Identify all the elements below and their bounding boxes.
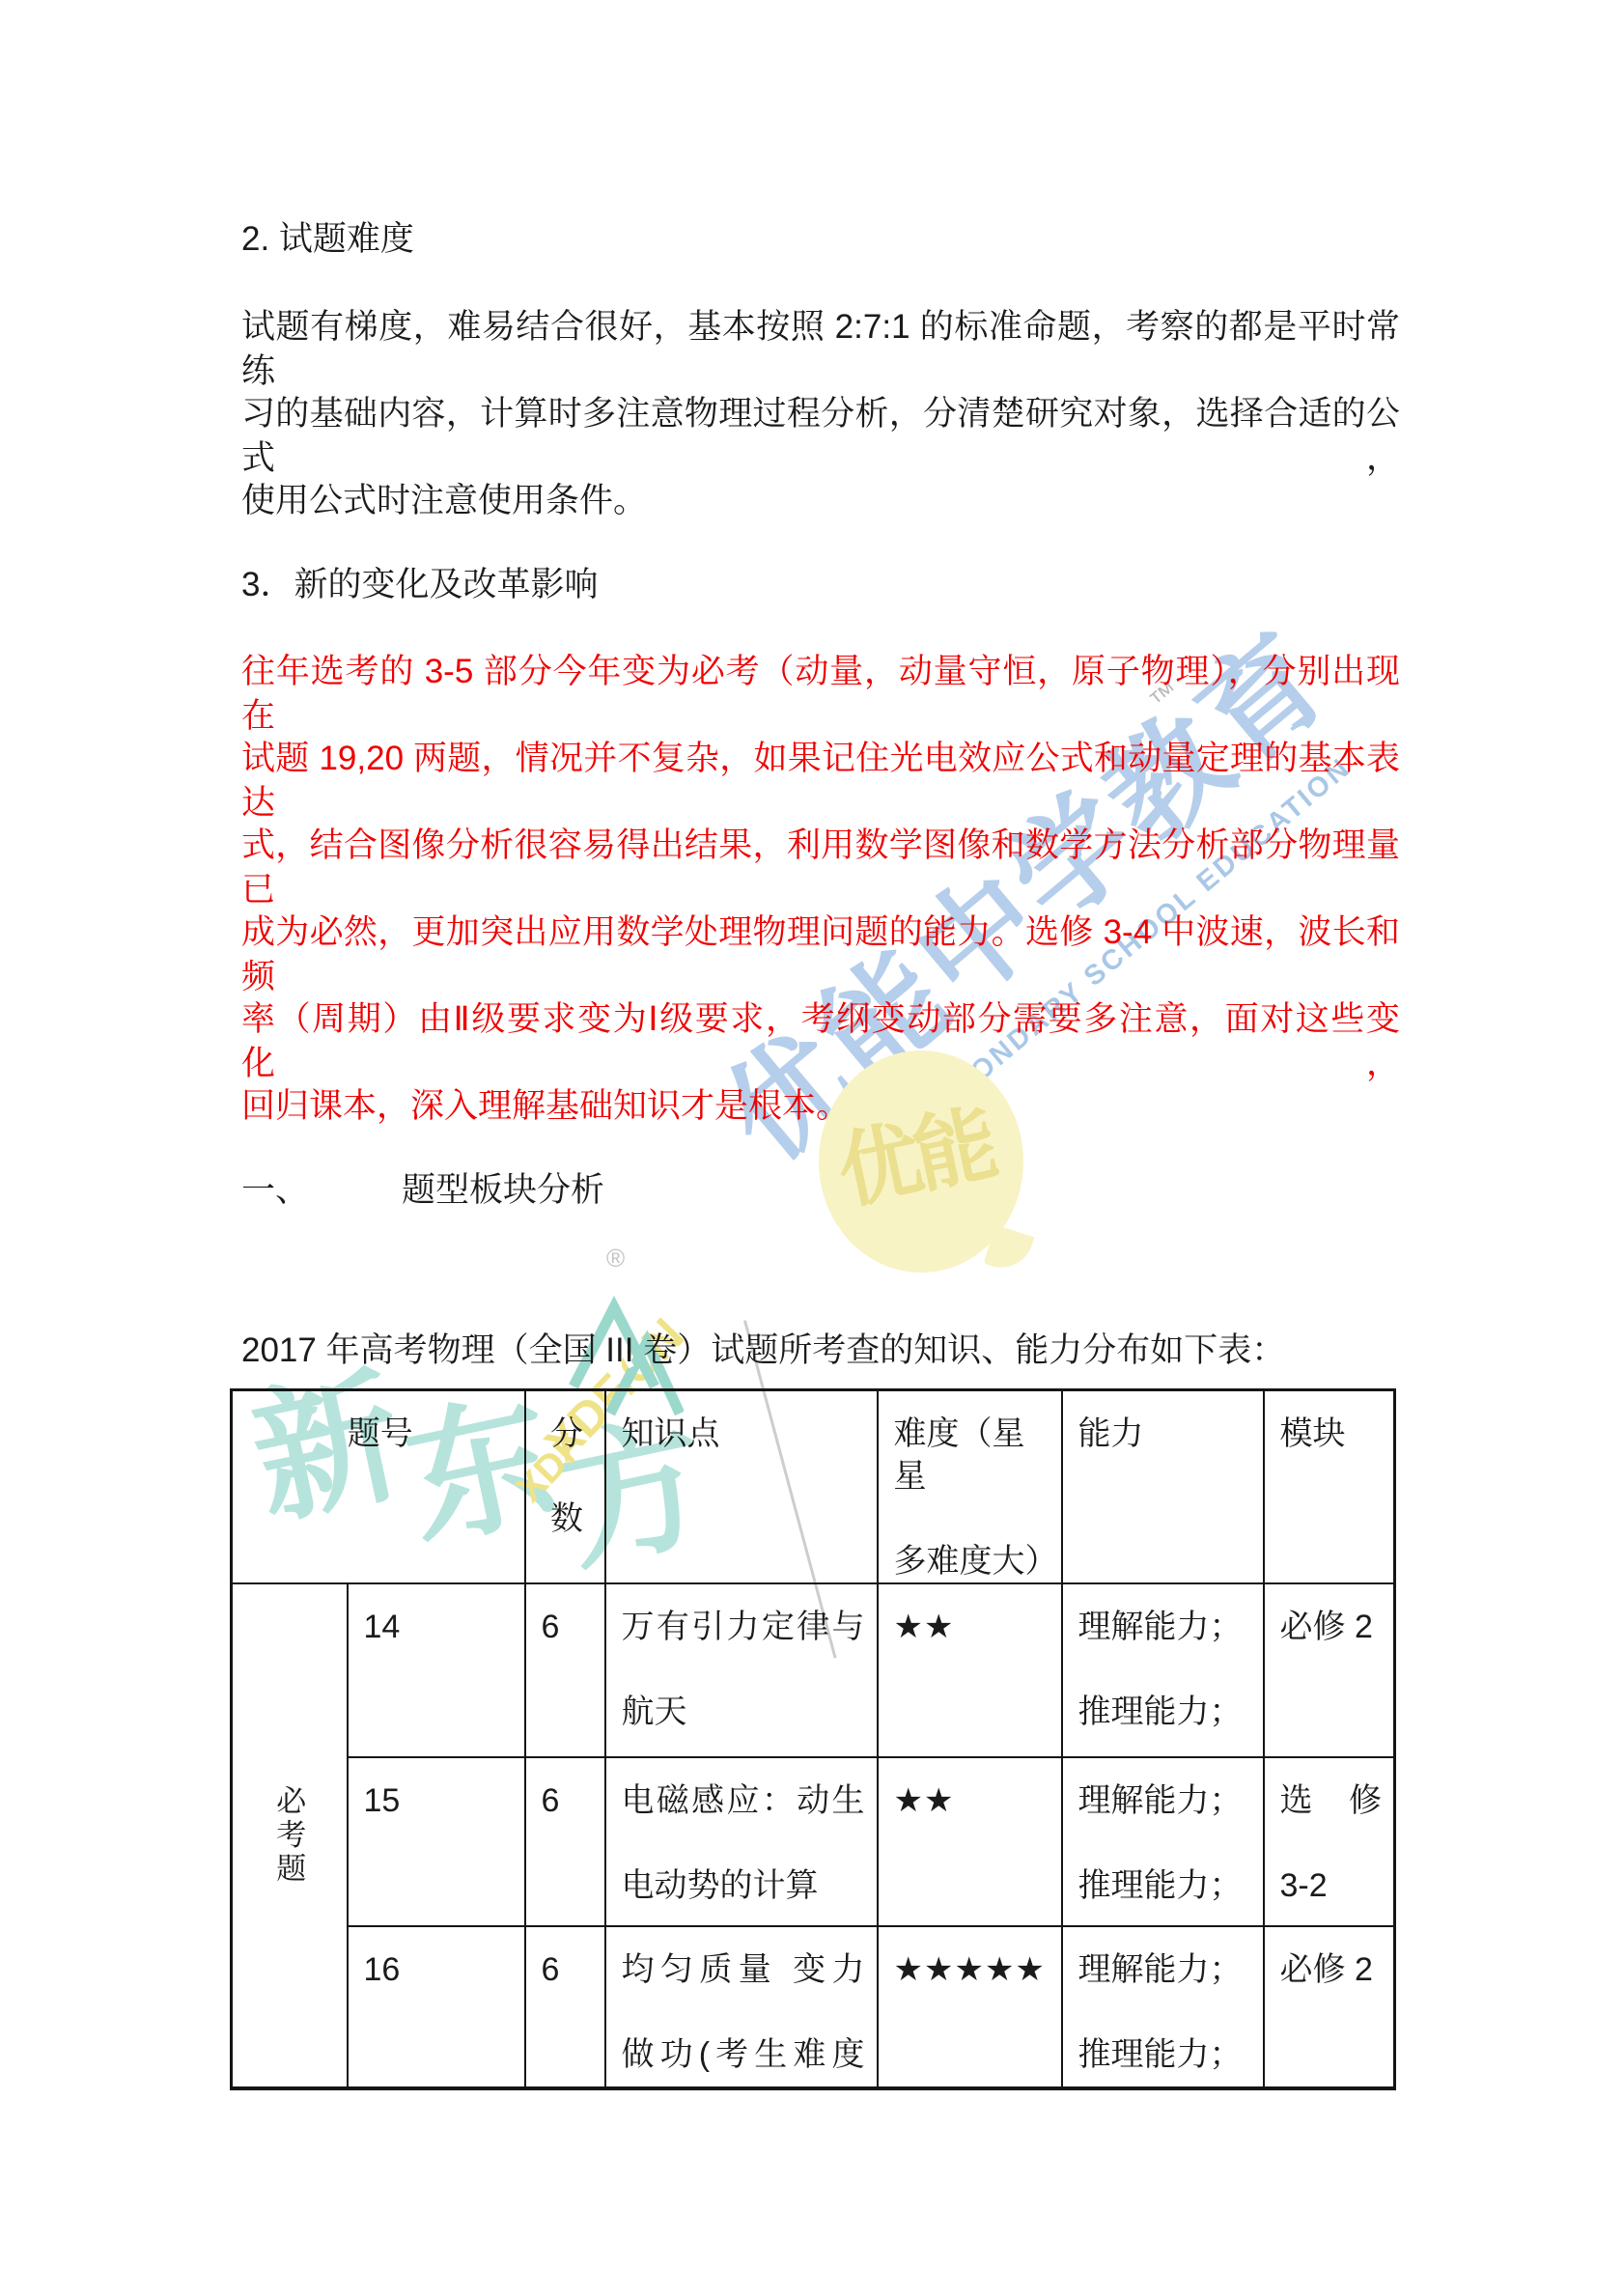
cell-difficulty-stars: ★★ xyxy=(878,1583,1062,1757)
question-number-value: 14 xyxy=(364,1606,513,1648)
question-number-value: 16 xyxy=(364,1948,513,1991)
ability-line-2: 推理能力； xyxy=(1078,1691,1251,1733)
paragraph-changes-line-6: 回归课本，深入理解基础知识才是根本。 xyxy=(241,1084,1400,1129)
knowledge-line-2: 航天 xyxy=(622,1691,865,1733)
header-module-label: 模块 xyxy=(1280,1413,1383,1455)
cell-score: 6 xyxy=(525,1583,605,1757)
cell-knowledge: 电磁感应：动生 电动势的计算 xyxy=(605,1757,878,1926)
cell-score: 6 xyxy=(525,1926,605,2088)
group-label-vertical: 必考题 xyxy=(274,1784,309,1886)
header-score-line-1: 分 xyxy=(542,1413,593,1455)
cell-module: 必修 2 xyxy=(1264,1583,1395,1757)
table-caption: 2017 年高考物理（全国 III 卷）试题所考查的知识、能力分布如下表： xyxy=(241,1329,1400,1373)
score-value: 6 xyxy=(542,1779,593,1822)
difficulty-stars-value: ★★ xyxy=(894,1606,1049,1648)
section-one-heading: 一、题型板块分析 xyxy=(241,1168,1400,1213)
document-page: 优能中学教育 U-CAN SECONDARY SCHOOL EDUCATION … xyxy=(0,0,1623,2296)
score-value: 6 xyxy=(542,1606,593,1648)
registered-symbol: ® xyxy=(606,1244,625,1274)
cell-difficulty-stars: ★★★★★ xyxy=(878,1926,1062,2088)
section-one-marker: 一、 xyxy=(241,1171,309,1209)
cell-knowledge: 均匀质量 变力 做功(考生难度 xyxy=(605,1926,878,2088)
header-difficulty-line-2: 多难度大） xyxy=(894,1540,1049,1582)
analysis-table: 题号 分 数 知识点 难度（星星 多难度大） 能力 模块 必考题 xyxy=(230,1388,1396,2090)
knowledge-line-2: 做功(考生难度 xyxy=(622,2033,865,2076)
cell-question-number: 16 xyxy=(348,1926,525,2088)
module-line-1: 必修 2 xyxy=(1280,1948,1383,1991)
header-score-line-2: 数 xyxy=(542,1498,593,1540)
header-module: 模块 xyxy=(1264,1390,1395,1584)
ability-line-2: 推理能力； xyxy=(1078,2033,1251,2076)
header-knowledge-point: 知识点 xyxy=(605,1390,878,1584)
question-number-value: 15 xyxy=(364,1779,513,1822)
cell-difficulty-stars: ★★ xyxy=(878,1757,1062,1926)
header-difficulty: 难度（星星 多难度大） xyxy=(878,1390,1062,1584)
table-row: 15 6 电磁感应：动生 电动势的计算 ★★ 理解能力； 推理能力； 选 修 3… xyxy=(232,1757,1395,1926)
cell-module: 必修 2 xyxy=(1264,1926,1395,2088)
paragraph-changes-line-3: 式，结合图像分析很容易得出结果，利用数学图像和数学方法分析部分物理量已 xyxy=(241,824,1400,912)
cell-question-number: 15 xyxy=(348,1757,525,1926)
cell-module: 选 修 3-2 xyxy=(1264,1757,1395,1926)
header-difficulty-line-1: 难度（星星 xyxy=(894,1413,1049,1498)
group-cell-required-questions: 必考题 xyxy=(232,1583,348,2088)
cell-score: 6 xyxy=(525,1757,605,1926)
cell-ability: 理解能力； 推理能力； xyxy=(1062,1757,1264,1926)
cell-question-number: 14 xyxy=(348,1583,525,1757)
header-knowledge-point-label: 知识点 xyxy=(622,1413,865,1455)
paragraph-difficulty-line-1: 试题有梯度，难易结合很好，基本按照 2:7:1 的标准命题，考察的都是平时常练 xyxy=(241,305,1400,394)
cell-knowledge: 万有引力定律与 航天 xyxy=(605,1583,878,1757)
yellow-seal-tail xyxy=(984,1225,1035,1276)
ability-line-1: 理解能力； xyxy=(1078,1779,1251,1822)
paragraph-changes-line-2: 试题 19,20 两题，情况并不复杂，如果记住光电效应公式和动量定理的基本表达 xyxy=(241,737,1400,826)
ability-line-1: 理解能力； xyxy=(1078,1948,1251,1991)
module-line-2: 3-2 xyxy=(1280,1864,1383,1907)
ability-line-1: 理解能力； xyxy=(1078,1606,1251,1648)
table-row: 16 6 均匀质量 变力 做功(考生难度 ★★★★★ 理解能力； 推理能力； 必… xyxy=(232,1926,1395,2088)
cell-ability: 理解能力； 推理能力； xyxy=(1062,1926,1264,2088)
paragraph-changes-line-1: 往年选考的 3-5 部分今年变为必考（动量，动量守恒，原子物理），分别出现在 xyxy=(241,650,1400,739)
heading-new-changes: 3．新的变化及改革影响 xyxy=(241,563,1400,607)
section-one-title: 题型板块分析 xyxy=(402,1168,604,1213)
table-header-row: 题号 分 数 知识点 难度（星星 多难度大） 能力 模块 xyxy=(232,1390,1395,1584)
heading-question-difficulty: 2. 试题难度 xyxy=(241,217,1400,262)
header-question-number-label: 题号 xyxy=(248,1413,513,1455)
cell-ability: 理解能力； 推理能力； xyxy=(1062,1583,1264,1757)
header-ability-label: 能力 xyxy=(1078,1413,1251,1455)
difficulty-stars-value: ★★ xyxy=(894,1779,1049,1822)
paragraph-changes-line-5: 率（周期）由Ⅱ级要求变为Ⅰ级要求，考纲变动部分需要多注意，面对这些变化， xyxy=(241,997,1400,1086)
ability-line-2: 推理能力； xyxy=(1078,1864,1251,1907)
header-ability: 能力 xyxy=(1062,1390,1264,1584)
knowledge-line-1: 均匀质量 变力 xyxy=(622,1948,865,1991)
module-line-1: 选 修 xyxy=(1280,1779,1383,1822)
paragraph-difficulty-line-3: 使用公式时注意使用条件。 xyxy=(241,479,1400,523)
header-question-number: 题号 xyxy=(232,1390,525,1584)
paragraph-difficulty-line-2: 习的基础内容，计算时多注意物理过程分析，分清楚研究对象，选择合适的公式， xyxy=(241,392,1400,481)
knowledge-line-1: 万有引力定律与 xyxy=(622,1606,865,1648)
paragraph-changes-line-4: 成为必然，更加突出应用数学处理物理问题的能力。选修 3-4 中波速，波长和频 xyxy=(241,910,1400,999)
header-score: 分 数 xyxy=(525,1390,605,1584)
knowledge-line-1: 电磁感应：动生 xyxy=(622,1779,865,1822)
knowledge-line-2: 电动势的计算 xyxy=(622,1864,865,1907)
difficulty-stars-value: ★★★★★ xyxy=(894,1948,1049,1991)
module-line-1: 必修 2 xyxy=(1280,1606,1383,1648)
table-row: 必考题 14 6 万有引力定律与 航天 ★★ 理解能力； 推理能力； 必修 2 xyxy=(232,1583,1395,1757)
score-value: 6 xyxy=(542,1948,593,1991)
